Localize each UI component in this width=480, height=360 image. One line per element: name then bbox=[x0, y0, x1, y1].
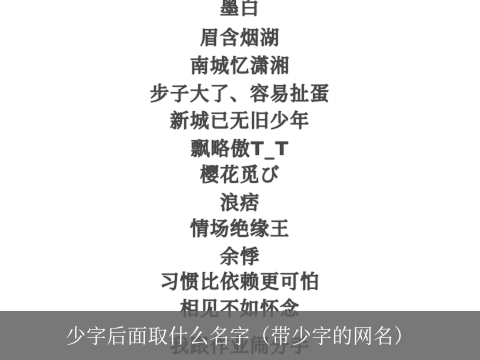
nickname-line-6: 飘略傲T_T bbox=[0, 139, 480, 160]
caption-overlay-band: 少字后面取什么名字（带少字的网名） bbox=[0, 311, 480, 360]
nickname-line-11: 习惯比依赖更可怕 bbox=[0, 272, 480, 293]
nickname-line-3: 南城忆潇湘 bbox=[0, 56, 480, 77]
caption-title: 少字后面取什么名字（带少字的网名） bbox=[66, 326, 415, 346]
nickname-line-7: 樱花觅び bbox=[0, 165, 480, 186]
nickname-line-10: 余悸 bbox=[0, 247, 480, 268]
nickname-line-2: 眉含烟湖 bbox=[0, 28, 480, 49]
nickname-line-4: 步子大了、容易扯蛋 bbox=[0, 84, 480, 105]
nickname-line-9: 情场绝缘王 bbox=[0, 219, 480, 240]
nickname-image-page: 墨白 眉含烟湖 南城忆潇湘 步子大了、容易扯蛋 新城已无旧少年 飘略傲T_T 樱… bbox=[0, 0, 480, 360]
nickname-line-1: 墨白 bbox=[0, 0, 480, 19]
nickname-line-5: 新城已无旧少年 bbox=[0, 111, 480, 132]
nickname-line-8: 浪痞 bbox=[0, 193, 480, 214]
